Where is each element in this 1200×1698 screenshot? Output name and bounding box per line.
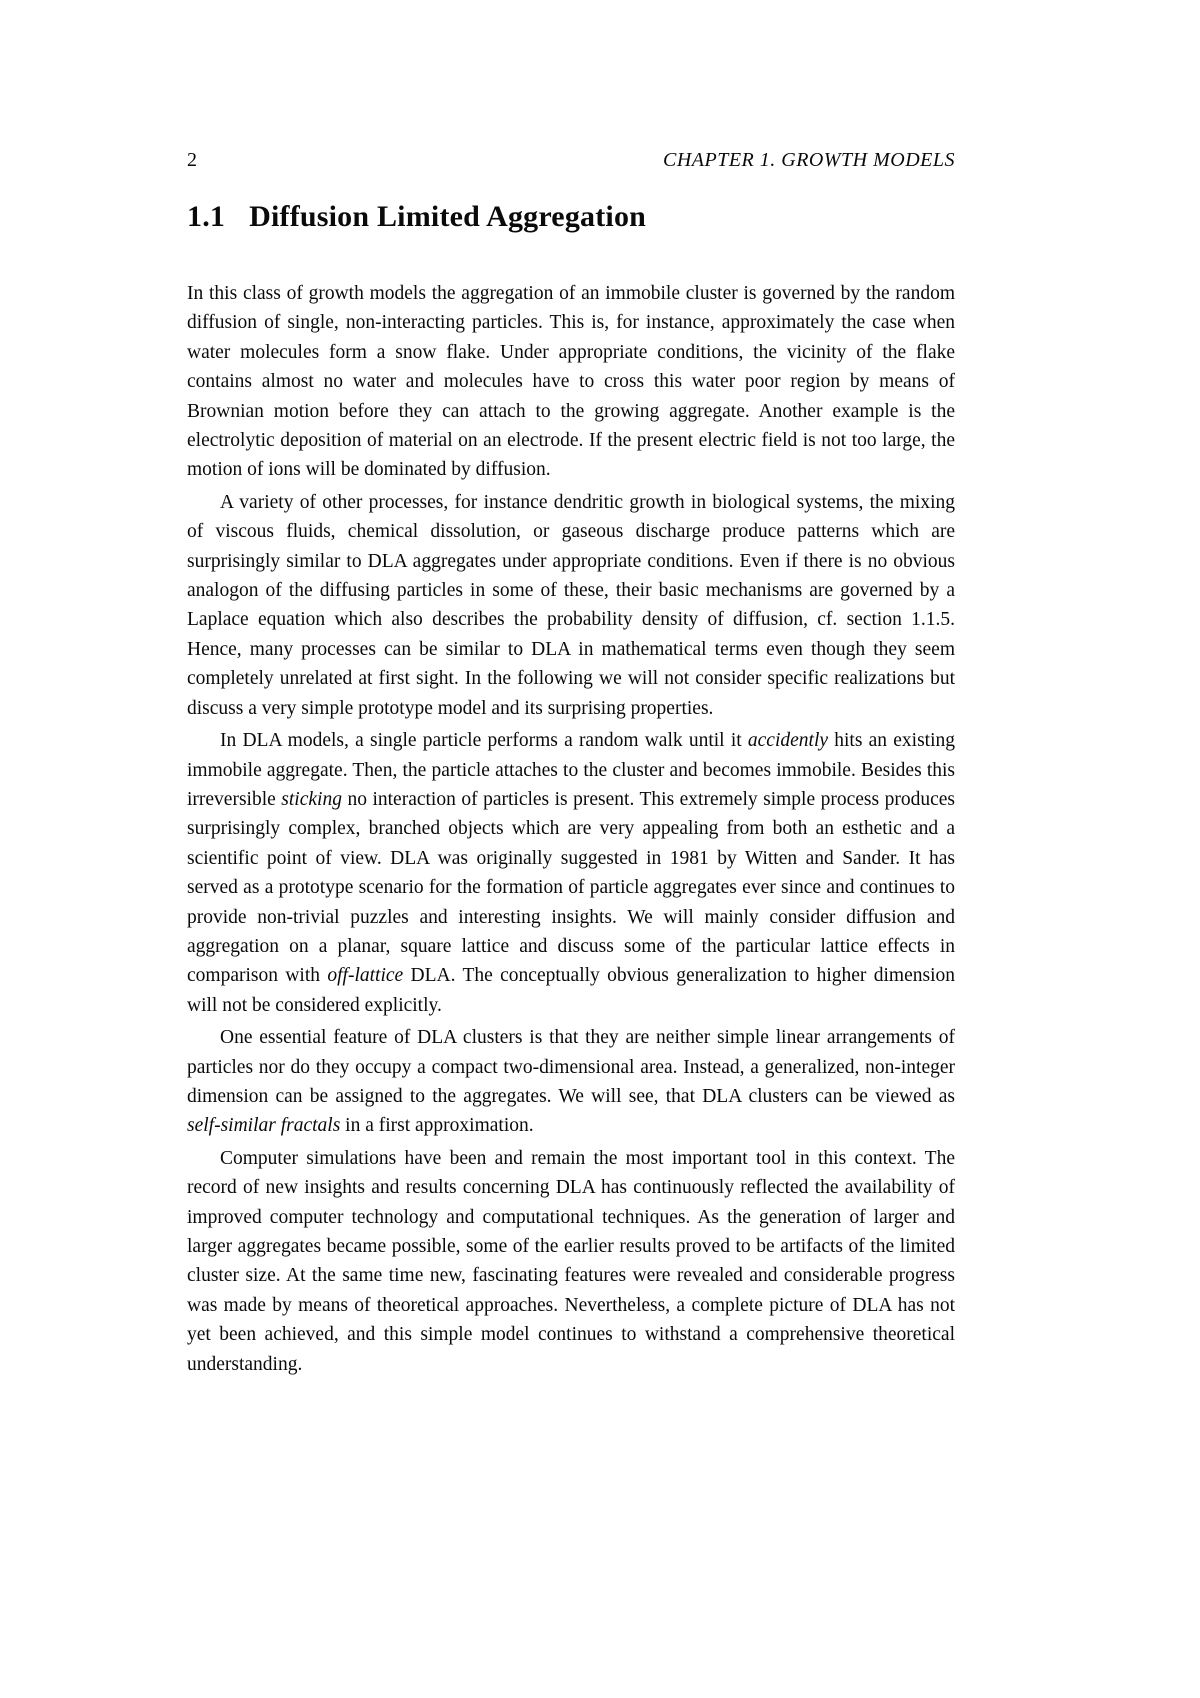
text-run: Computer simulations have been and remai…	[187, 1148, 955, 1375]
page-number: 2	[187, 148, 197, 172]
section-heading: 1.1Diffusion Limited Aggregation	[187, 199, 955, 235]
text-run: in a first approximation.	[340, 1115, 533, 1136]
text-run-italic: self-similar fractals	[187, 1115, 340, 1136]
text-run: no interaction of particles is present. …	[187, 789, 955, 986]
document-page: 2 CHAPTER 1. GROWTH MODELS 1.1Diffusion …	[0, 0, 1200, 1698]
text-run: A variety of other processes, for instan…	[187, 492, 955, 719]
paragraph-computer-simulations: Computer simulations have been and remai…	[187, 1144, 955, 1379]
body-text: In this class of growth models the aggre…	[187, 279, 955, 1379]
text-run-italic: accidently	[748, 730, 828, 751]
text-run-italic: sticking	[281, 789, 342, 810]
text-run: One essential feature of DLA clusters is…	[187, 1027, 955, 1107]
text-run: In DLA models, a single particle perform…	[220, 730, 748, 751]
text-run: In this class of growth models the aggre…	[187, 283, 955, 480]
paragraph-intro: In this class of growth models the aggre…	[187, 279, 955, 485]
text-run-italic: off-lattice	[327, 965, 403, 986]
paragraph-other-processes: A variety of other processes, for instan…	[187, 488, 955, 723]
chapter-running-title: CHAPTER 1. GROWTH MODELS	[663, 148, 955, 172]
paragraph-essential-feature: One essential feature of DLA clusters is…	[187, 1023, 955, 1141]
section-number: 1.1	[187, 200, 225, 233]
running-header: 2 CHAPTER 1. GROWTH MODELS	[187, 148, 955, 172]
paragraph-dla-models: In DLA models, a single particle perform…	[187, 726, 955, 1020]
page-content: 2 CHAPTER 1. GROWTH MODELS 1.1Diffusion …	[187, 148, 955, 1382]
section-title: Diffusion Limited Aggregation	[249, 200, 646, 233]
